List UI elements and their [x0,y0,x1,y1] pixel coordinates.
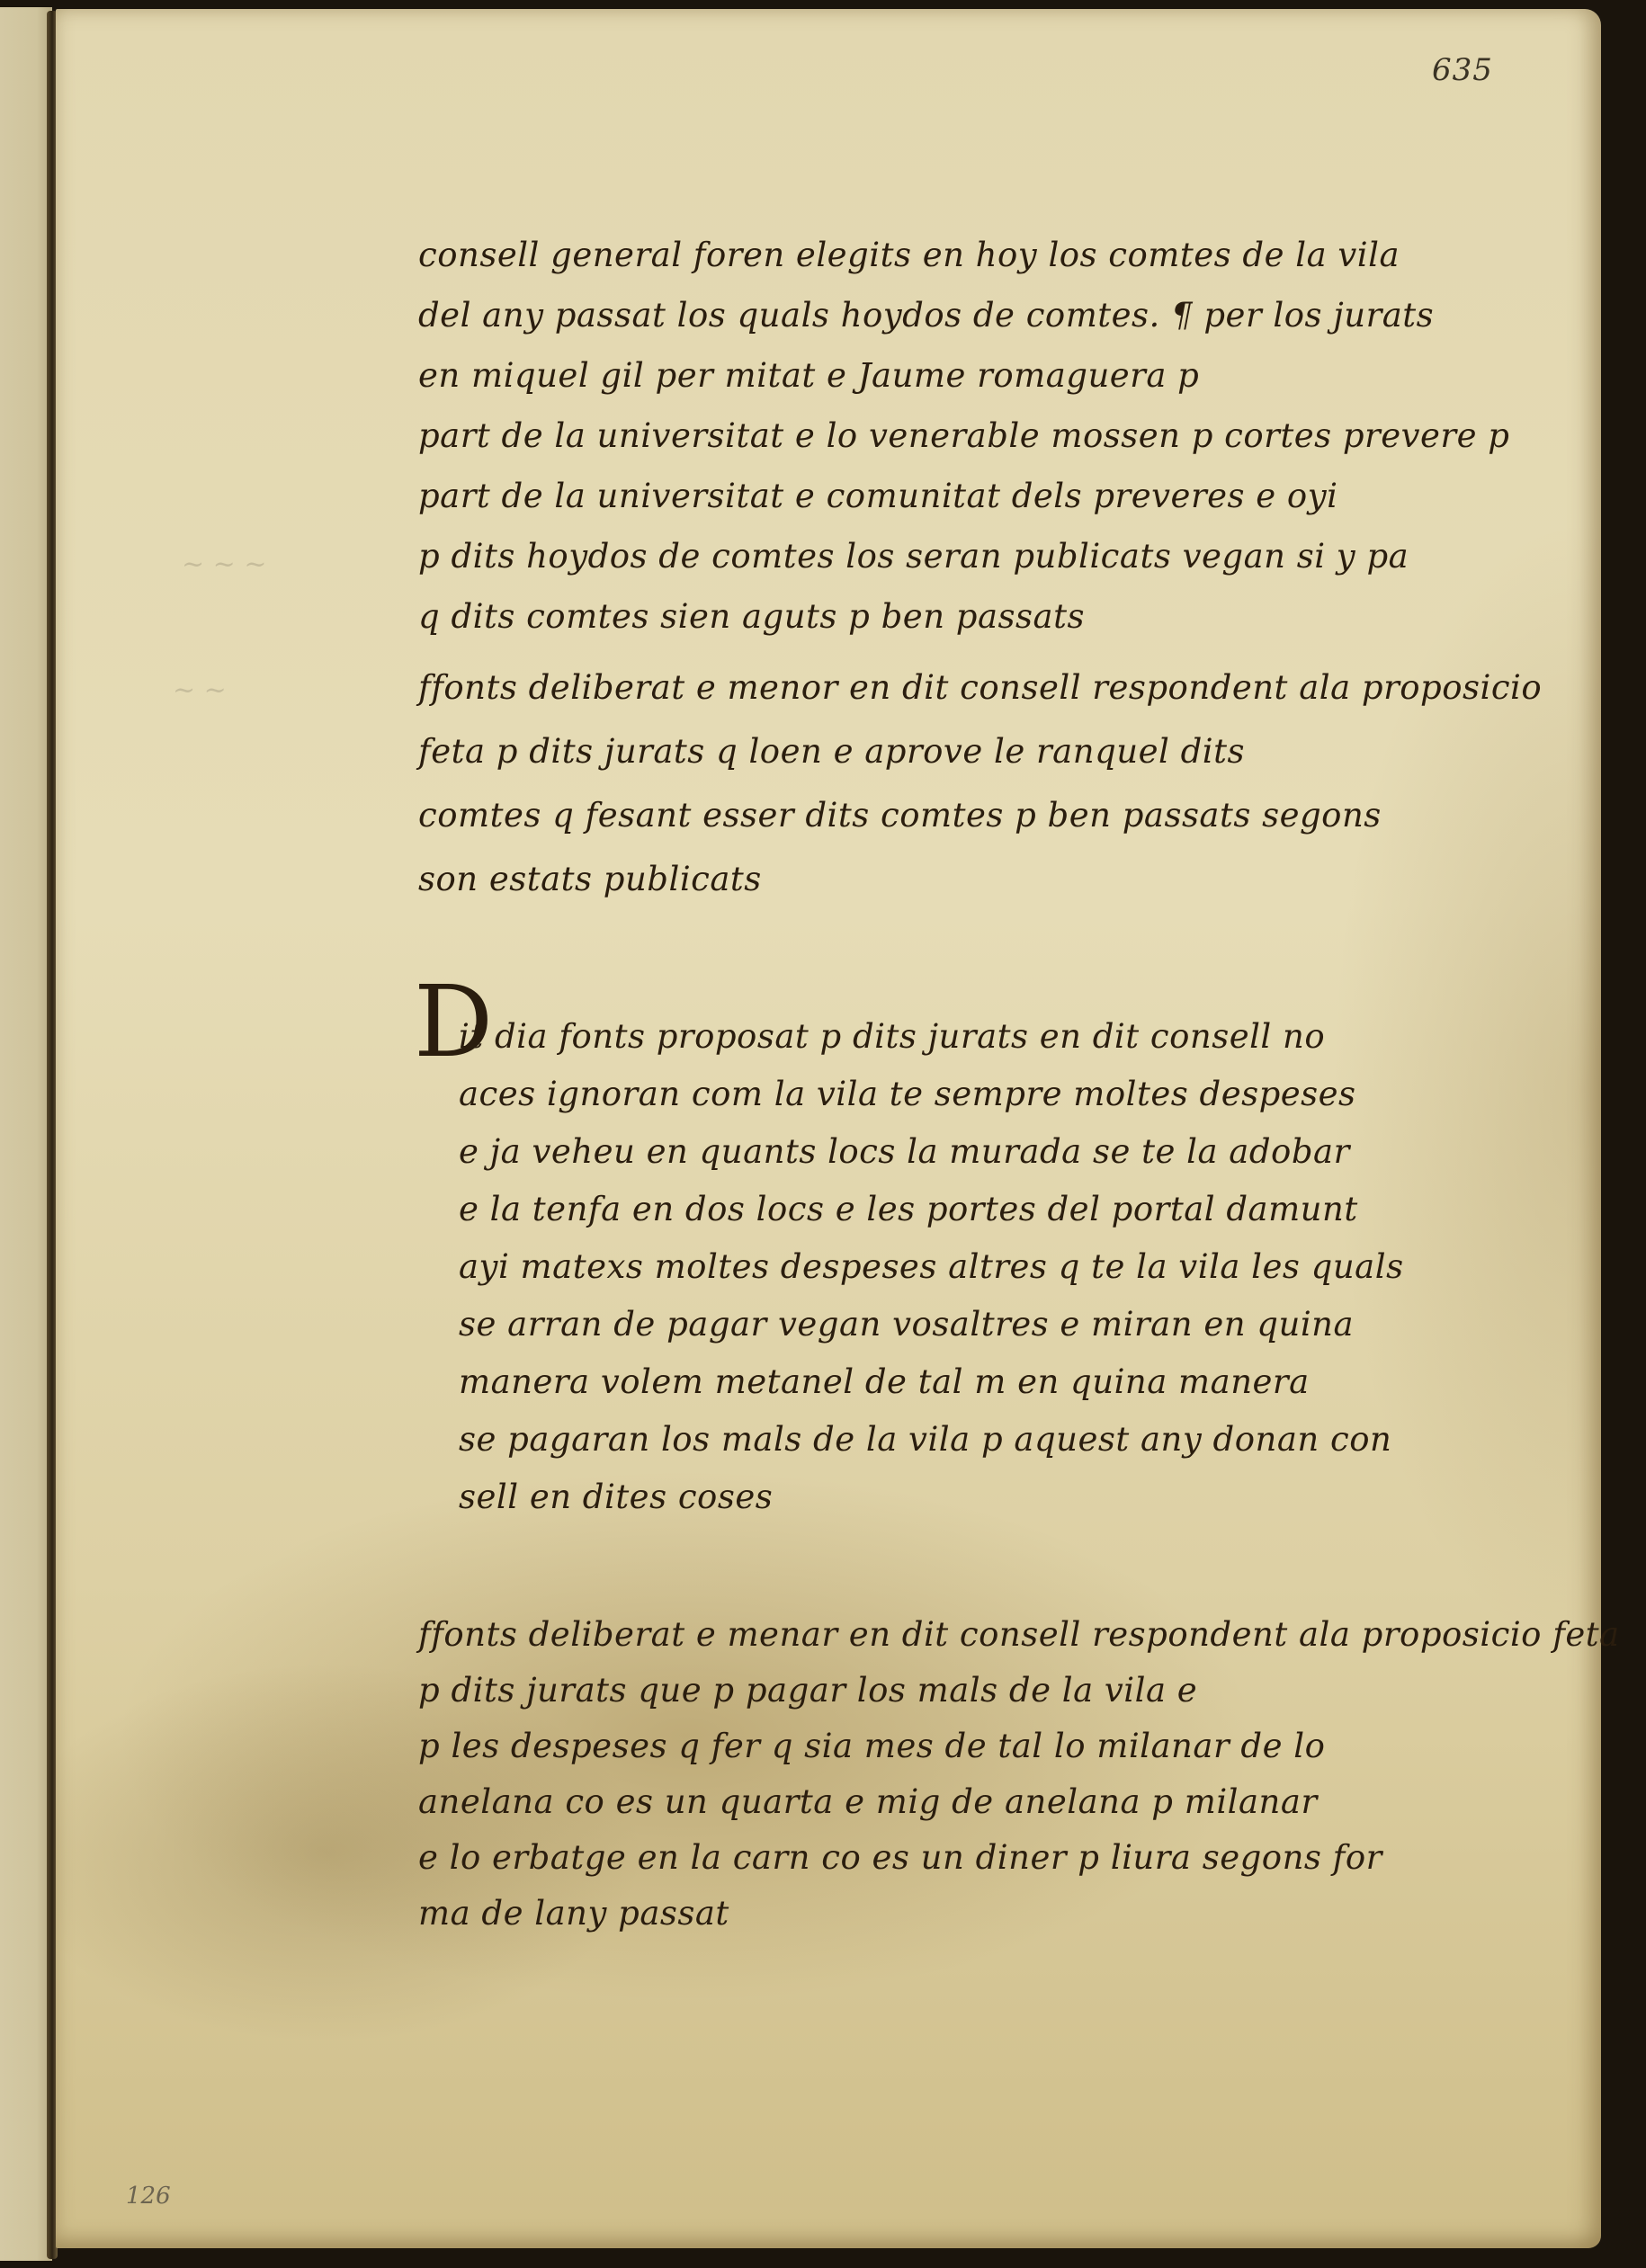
text-line: e ja veheu en quants locs la murada se t… [418,1123,1579,1181]
text-line: ma de lany passat [418,1886,1579,1942]
text-line: se arran de pagar vegan vosaltres e mira… [418,1296,1579,1353]
text-line: part de la universitat e lo venerable mo… [418,406,1579,466]
text-line: son estats publicats [418,847,1579,911]
text-line: comtes q fesant esser dits comtes p ben … [418,783,1579,847]
archive-number: 126 [126,2183,171,2210]
text-line: p dits jurats que p pagar los mals de la… [418,1663,1579,1719]
paragraph-1: consell general foren elegits en hoy los… [418,225,1579,647]
manuscript-text: consell general foren elegits en hoy los… [418,225,1579,1942]
paragraph-2: ffonts deliberat e menor en dit consell … [418,656,1579,911]
text-line: it dia fonts proposat p dits jurats en d… [418,1008,1579,1066]
text-line: ffonts deliberat e menor en dit consell … [418,656,1579,719]
text-line: manera volem metanel de tal m en quina m… [418,1353,1579,1411]
text-line: sell en dites coses [418,1469,1579,1526]
text-line: e lo erbatge en la carn co es un diner p… [418,1830,1579,1886]
facing-page-edge [0,7,52,2261]
paragraph-3: D it dia fonts proposat p dits jurats en… [418,1008,1579,1526]
folio-number: 635 [1432,52,1493,88]
text-line: en miquel gil per mitat e Jaume romaguer… [418,345,1579,406]
bleed-through-text: ~ ~ ~ [182,549,266,580]
text-line: aces ignoran com la vila te sempre molte… [418,1066,1579,1123]
text-line: part de la universitat e comunitat dels … [418,466,1579,526]
text-line: p dits hoydos de comtes los seran public… [418,526,1579,586]
text-line: p les despeses q fer q sia mes de tal lo… [418,1719,1579,1774]
text-line: del any passat los quals hoydos de comte… [418,285,1579,345]
paragraph-4: ffonts deliberat e menar en dit consell … [418,1607,1579,1942]
text-line: ayi matexs moltes despeses altres q te l… [418,1238,1579,1296]
drop-cap: D [414,972,493,1071]
text-line: feta p dits jurats q loen e aprove le ra… [418,719,1579,783]
text-line: se pagaran los mals de la vila p aquest … [418,1411,1579,1469]
text-line: e la tenfa en dos locs e les portes del … [418,1181,1579,1238]
bleed-through-text: ~ ~ [173,674,227,706]
text-line: anelana co es un quarta e mig de anelana… [418,1774,1579,1830]
text-line: consell general foren elegits en hoy los… [418,225,1579,285]
text-line: ffonts deliberat e menar en dit consell … [418,1607,1579,1663]
text-line: q dits comtes sien aguts p ben passats [418,586,1579,647]
